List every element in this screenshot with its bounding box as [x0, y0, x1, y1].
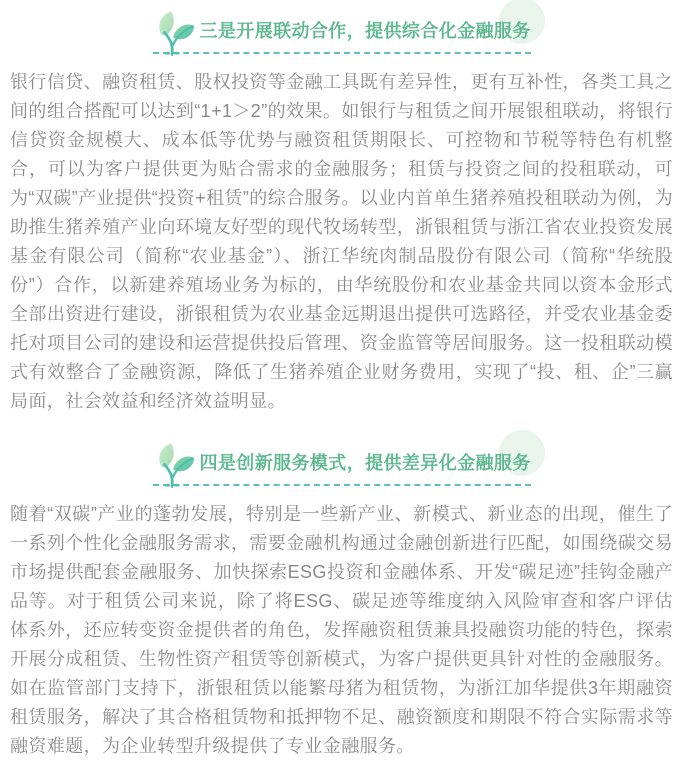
- section-four: 四是创新服务模式，提供差异化金融服务 随着“双碳”产业的蓬勃发展，特别是一些新产…: [10, 440, 673, 761]
- section-paragraph: 银行信贷、融资租赁、股权投资等金融工具既有差异性，更有互补性，各类工具之间的组合…: [10, 68, 673, 416]
- section-three: 三是开展联动合作，提供综合化金融服务 银行信贷、融资租赁、股权投资等金融工具既有…: [10, 8, 673, 416]
- section-title: 四是创新服务模式，提供差异化金融服务: [200, 449, 531, 475]
- section-header: 四是创新服务模式，提供差异化金融服务: [153, 440, 531, 486]
- sprout-icon: [153, 441, 195, 484]
- article-page: 三是开展联动合作，提供综合化金融服务 银行信贷、融资租赁、股权投资等金融工具既有…: [0, 0, 683, 767]
- section-title: 三是开展联动合作，提供综合化金融服务: [200, 17, 531, 43]
- sprout-icon: [153, 9, 195, 52]
- section-paragraph: 随着“双碳”产业的蓬勃发展，特别是一些新产业、新模式、新业态的出现，催生了一系列…: [10, 500, 673, 761]
- section-header: 三是开展联动合作，提供综合化金融服务: [153, 8, 531, 54]
